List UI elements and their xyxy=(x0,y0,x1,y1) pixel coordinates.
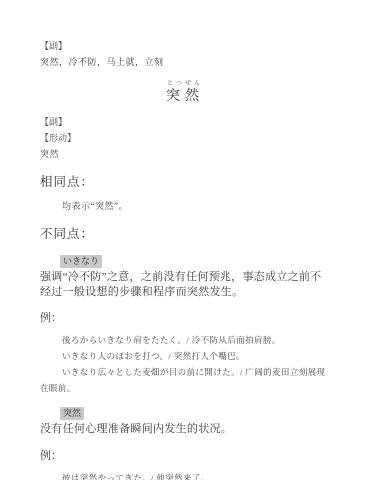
term-wrap-totsuzen: 突然 xyxy=(60,405,330,420)
pos-label-top: 【副】 xyxy=(40,38,330,54)
explanation-totsuzen: 没有任何心理准备瞬间内发生的状况。 xyxy=(40,422,330,437)
headword: 突然 xyxy=(40,88,330,106)
example-sentence: 後ろからいきなり肩をたたく。/ 冷不防从后面拍肩膀。 xyxy=(40,332,330,348)
headword-furigana: とつぜん xyxy=(40,80,330,88)
term-ikinari: いきなり xyxy=(60,255,102,268)
headword-block: とつぜん 突然 xyxy=(40,80,330,106)
term-wrap-ikinari: いきなり xyxy=(60,253,330,268)
example-label-ikinari: 例： xyxy=(40,310,330,326)
example-label-totsuzen: 例： xyxy=(40,448,330,464)
entry-main: 【副】 【形动】 突然 xyxy=(40,114,330,162)
page-content: 【副】 突然，冷不防，马上就，立刻 とつぜん 突然 【副】 【形动】 突然 相同… xyxy=(0,0,370,480)
examples-totsuzen: 彼は突然やってきた。/ 他突然来了。 xyxy=(40,470,330,480)
example-sentence: いきなり人のほおを打つ。/ 突然打人个嘴巴。 xyxy=(40,348,330,364)
example-sentence: いきなり広々とした麦畑が目の前に開けた。/ 广阔的麦田立刻展现在眼前。 xyxy=(40,364,330,396)
term-totsuzen: 突然 xyxy=(60,407,84,420)
differences-heading: 不同点： xyxy=(40,224,330,244)
similarities-heading: 相同点： xyxy=(40,172,330,192)
example-sentence: 彼は突然やってきた。/ 他突然来了。 xyxy=(40,470,330,480)
meanings-top: 突然，冷不防，马上就，立刻 xyxy=(40,54,330,70)
pos-label-adjectival: 【形动】 xyxy=(40,130,330,146)
explanation-ikinari: 强调“冷不防”之意，之前没有任何预兆，事态成立之前不经过一般设想的步骤和程序而突… xyxy=(40,270,330,299)
pos-label-adverb: 【副】 xyxy=(40,114,330,130)
examples-ikinari: 後ろからいきなり肩をたたく。/ 冷不防从后面拍肩膀。 いきなり人のほおを打つ。/… xyxy=(40,332,330,396)
entry-meaning: 突然 xyxy=(40,146,330,162)
similarities-body: 均表示“突然”。 xyxy=(40,198,330,214)
dictionary-page: 【副】 突然，冷不防，马上就，立刻 とつぜん 突然 【副】 【形动】 突然 相同… xyxy=(0,0,370,480)
